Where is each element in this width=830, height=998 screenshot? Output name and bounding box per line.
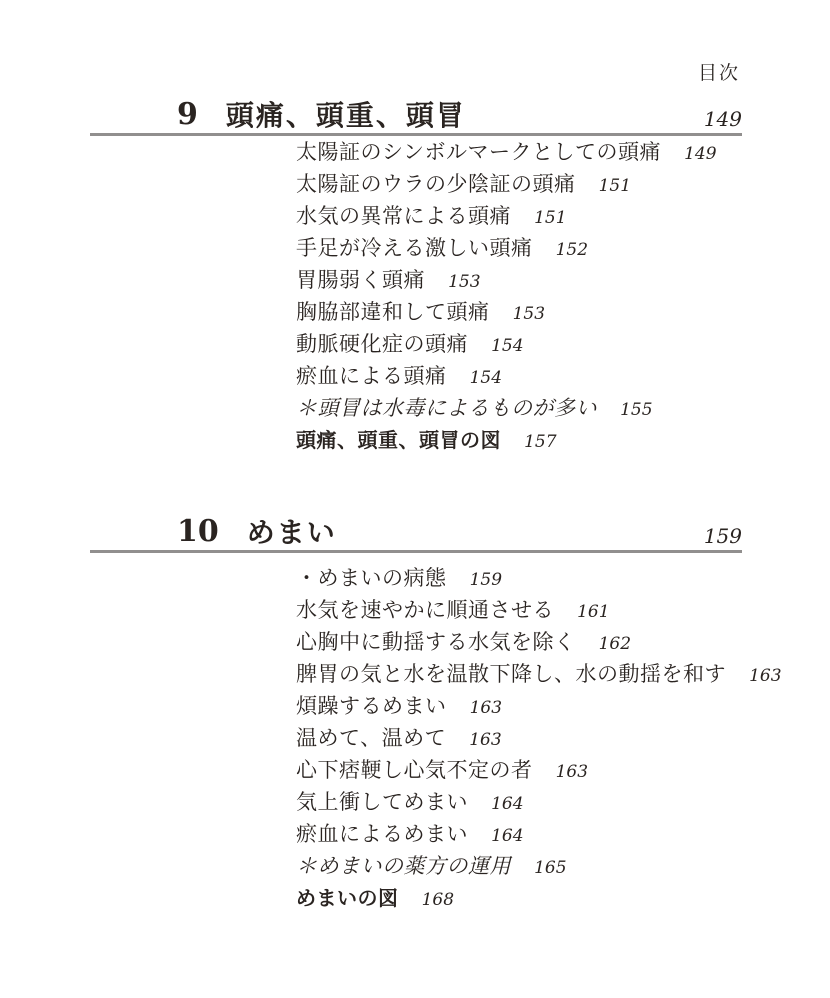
toc-entry-page-number: 154 bbox=[491, 336, 523, 356]
toc-section: 9 頭痛、頭重、頭冒 149 太陽証のシンボルマークとしての頭痛 149 太陽証… bbox=[90, 97, 742, 456]
toc-entry-title: 心胸中に動揺する水気を除く bbox=[296, 630, 576, 654]
toc-entry-title: 手足が冷える激しい頭痛 bbox=[296, 236, 533, 260]
toc-entry-title: 水気の異常による頭痛 bbox=[296, 204, 511, 228]
chapter-title: 頭痛、頭重、頭冒 bbox=[226, 102, 466, 130]
toc-entry-title: 頭痛、頭重、頭冒の図 bbox=[296, 428, 501, 452]
toc-entry-title: 瘀血によるめまい bbox=[296, 822, 468, 846]
toc-entry: 気上衝してめまい 164 bbox=[296, 786, 742, 818]
toc-entry-title: ・めまいの病態 bbox=[296, 566, 447, 590]
toc-entry: 温めて、温めて 163 bbox=[296, 722, 742, 754]
toc-entry-page-number: 159 bbox=[470, 570, 502, 590]
toc-entry-page-number: 153 bbox=[448, 272, 480, 292]
toc-entry: 水気を速やかに順通させる 161 bbox=[296, 594, 742, 626]
toc-entry: 水気の異常による頭痛 151 bbox=[296, 200, 742, 232]
toc-entry: 胃腸弱く頭痛 153 bbox=[296, 264, 742, 296]
toc-entry: 脾胃の気と水を温散下降し、水の動揺を和す 163 bbox=[296, 658, 742, 690]
toc-entry-page-number: 165 bbox=[534, 858, 566, 878]
chapter-page-number: 159 bbox=[704, 526, 742, 547]
toc-entry-title: 瘀血による頭痛 bbox=[296, 364, 447, 388]
toc-entry: 煩躁するめまい 163 bbox=[296, 690, 742, 722]
toc-entry-title: ＊頭冒は水毒によるものが多い bbox=[296, 396, 597, 420]
toc-entry-title: 水気を速やかに順通させる bbox=[296, 598, 554, 622]
toc-entry-title: 煩躁するめまい bbox=[296, 694, 447, 718]
toc-entry-page-number: 152 bbox=[556, 240, 588, 260]
toc-entry-title: 胃腸弱く頭痛 bbox=[296, 268, 425, 292]
chapter-number: 10 bbox=[177, 517, 219, 547]
toc-entry-page-number: 153 bbox=[513, 304, 545, 324]
toc-entry: 頭痛、頭重、頭冒の図 157 bbox=[296, 424, 742, 456]
toc-entry-page-number: 151 bbox=[599, 176, 631, 196]
toc-entry-page-number: 164 bbox=[491, 794, 523, 814]
toc-entry: 心下痞鞕し心気不定の者 163 bbox=[296, 754, 742, 786]
toc-entry-page-number: 163 bbox=[469, 730, 501, 750]
toc-entry: めまいの図 168 bbox=[296, 882, 742, 914]
toc-entry-title: 温めて、温めて bbox=[296, 726, 446, 750]
chapter-item-list: ・めまいの病態 159 水気を速やかに順通させる 161 心胸中に動揺する水気を… bbox=[296, 562, 742, 914]
toc-entry-page-number: 154 bbox=[470, 368, 502, 388]
toc-entry: ・めまいの病態 159 bbox=[296, 562, 742, 594]
toc-entry-title: ＊めまいの薬方の運用 bbox=[296, 854, 511, 878]
chapter-page-number: 149 bbox=[704, 109, 742, 130]
toc-entry-page-number: 163 bbox=[470, 698, 502, 718]
toc-entry-title: 太陽証のウラの少陰証の頭痛 bbox=[296, 172, 576, 196]
toc-entry: 手足が冷える激しい頭痛 152 bbox=[296, 232, 742, 264]
toc-entry-title: 太陽証のシンボルマークとしての頭痛 bbox=[296, 140, 661, 164]
toc-entry-page-number: 157 bbox=[524, 432, 556, 452]
toc-entry-page-number: 163 bbox=[749, 666, 781, 686]
toc-entry: ＊頭冒は水毒によるものが多い 155 bbox=[296, 392, 742, 424]
toc-entry: 太陽証のシンボルマークとしての頭痛 149 bbox=[296, 136, 742, 168]
toc-entry: 心胸中に動揺する水気を除く 162 bbox=[296, 626, 742, 658]
toc-entry: 胸脇部違和して頭痛 153 bbox=[296, 296, 742, 328]
toc-entry: 太陽証のウラの少陰証の頭痛 151 bbox=[296, 168, 742, 200]
toc-entry-title: 心下痞鞕し心気不定の者 bbox=[296, 758, 533, 782]
chapter-title: めまい bbox=[247, 519, 337, 547]
toc-entry-page-number: 162 bbox=[599, 634, 631, 654]
toc-entry-page-number: 168 bbox=[422, 890, 454, 910]
chapter-item-list: 太陽証のシンボルマークとしての頭痛 149 太陽証のウラの少陰証の頭痛 151 … bbox=[296, 136, 742, 456]
toc-entry: ＊めまいの薬方の運用 165 bbox=[296, 850, 742, 882]
toc-entry: 瘀血によるめまい 164 bbox=[296, 818, 742, 850]
toc-entry-title: 胸脇部違和して頭痛 bbox=[296, 300, 490, 324]
chapter-heading: 10 めまい 159 bbox=[90, 514, 742, 553]
toc-entry: 瘀血による頭痛 154 bbox=[296, 360, 742, 392]
toc-entry-page-number: 163 bbox=[556, 762, 588, 782]
toc-entry-page-number: 164 bbox=[491, 826, 523, 846]
toc-sections: 9 頭痛、頭重、頭冒 149 太陽証のシンボルマークとしての頭痛 149 太陽証… bbox=[0, 97, 830, 914]
toc-entry-title: 動脈硬化症の頭痛 bbox=[296, 332, 468, 356]
toc-entry-title: 脾胃の気と水を温散下降し、水の動揺を和す bbox=[296, 662, 726, 686]
page-header-label: 目次 bbox=[698, 58, 740, 85]
toc-entry: 動脈硬化症の頭痛 154 bbox=[296, 328, 742, 360]
toc-section: 10 めまい 159 ・めまいの病態 159 水気を速やかに順通させる 161 … bbox=[90, 514, 742, 914]
toc-entry-title: 気上衝してめまい bbox=[296, 790, 468, 814]
toc-entry-page-number: 155 bbox=[620, 400, 652, 420]
toc-entry-page-number: 161 bbox=[577, 602, 609, 622]
toc-entry-page-number: 151 bbox=[534, 208, 566, 228]
toc-entry-title: めまいの図 bbox=[296, 886, 399, 910]
chapter-number: 9 bbox=[177, 100, 198, 130]
chapter-heading: 9 頭痛、頭重、頭冒 149 bbox=[90, 97, 742, 136]
toc-entry-page-number: 149 bbox=[684, 144, 716, 164]
